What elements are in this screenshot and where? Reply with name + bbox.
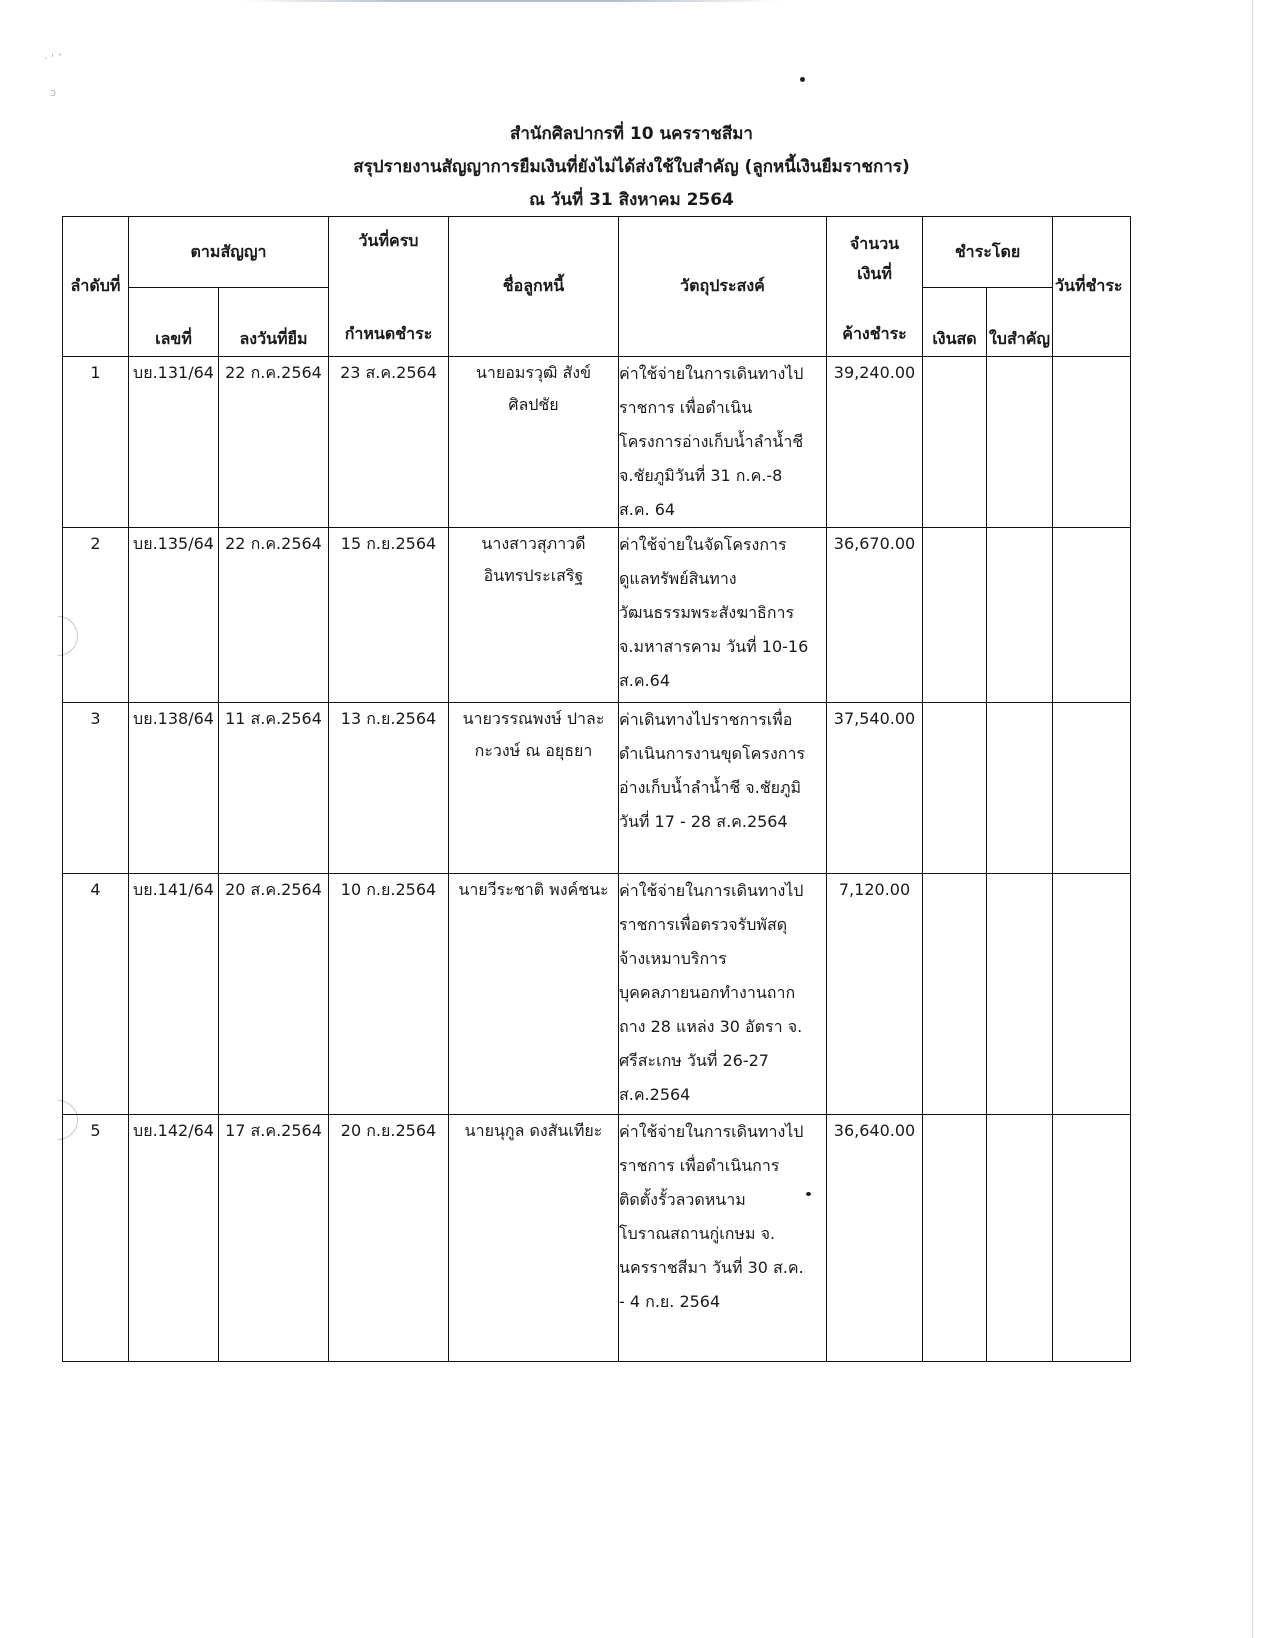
- cell-paid-cash: [923, 703, 987, 874]
- cell-debtor: นายอมรวุฒิ สังข์ศิลปชัย: [449, 357, 619, 528]
- header-paid-date-label: วันที่ชำระ: [1055, 276, 1123, 295]
- header-due-date-bottom: กำหนดชำระ: [329, 322, 448, 347]
- cell-borrow-date-value: 11 ส.ค.2564: [225, 709, 322, 728]
- cell-purpose-line: ศรีสะเกษ วันที่ 26-27: [619, 1044, 826, 1078]
- cell-due-date: 20 ก.ย.2564: [329, 1115, 449, 1362]
- cell-amount: 39,240.00: [827, 357, 923, 528]
- cell-due-date-value: 20 ก.ย.2564: [341, 1121, 436, 1140]
- cell-contract-no: บย.131/64: [129, 357, 219, 528]
- cell-seq-value: 2: [90, 534, 100, 553]
- cell-contract-no: บย.142/64: [129, 1115, 219, 1362]
- header-purpose: วัตถุประสงค์: [619, 217, 827, 357]
- cell-debtor-line: นายอมรวุฒิ สังข์: [449, 357, 618, 389]
- header-paid-date: วันที่ชำระ: [1053, 217, 1131, 357]
- cell-purpose-line: จ.มหาสารคาม วันที่ 10-16: [619, 630, 826, 664]
- cell-debtor: นายวรรณพงษ์ ปาละกะวงษ์ ณ อยุธยา: [449, 703, 619, 874]
- cell-due-date-value: 10 ก.ย.2564: [341, 880, 436, 899]
- header-contract-group: ตามสัญญา: [129, 217, 329, 288]
- cell-purpose-line: นครราชสีมา วันที่ 30 ส.ค.: [619, 1251, 826, 1285]
- cell-purpose-line: ถาง 28 แหล่ง 30 อัตรา จ.: [619, 1010, 826, 1044]
- cell-purpose-line: ค่าใช้จ่ายในการเดินทางไป: [619, 1115, 826, 1149]
- cell-seq-value: 4: [90, 880, 100, 899]
- cell-borrow-date: 17 ส.ค.2564: [219, 1115, 329, 1362]
- header-contract-no-label: เลขที่: [155, 329, 192, 348]
- cell-purpose-line: จ.ชัยภูมิวันที่ 31 ก.ค.-8: [619, 459, 826, 493]
- header-purpose-label: วัตถุประสงค์: [680, 276, 765, 295]
- document-title: สำนักศิลปากรที่ 10 นครราชสีมา สรุปรายงาน…: [0, 118, 1263, 217]
- scan-speck: [800, 77, 805, 82]
- header-paid-cash-label: เงินสด: [932, 329, 976, 348]
- cell-paid-receipt: [987, 528, 1053, 703]
- cell-purpose-line: - 4 ก.ย. 2564: [619, 1285, 826, 1319]
- cell-seq-value: 1: [90, 363, 100, 382]
- cell-contract-no-value: บย.138/64: [133, 709, 214, 728]
- header-amount-top-2: เงินที่: [857, 264, 892, 283]
- title-agency: สำนักศิลปากรที่ 10 นครราชสีมา: [0, 118, 1263, 151]
- header-borrow-date: ลงวันที่ยืม: [219, 288, 329, 357]
- header-paid-by-group: ชำระโดย: [923, 217, 1053, 288]
- cell-amount: 37,540.00: [827, 703, 923, 874]
- header-contract-no: เลขที่: [129, 288, 219, 357]
- table-row: 5บย.142/6417 ส.ค.256420 ก.ย.2564นายนุกูล…: [63, 1115, 1131, 1362]
- cell-contract-no: บย.141/64: [129, 874, 219, 1115]
- header-seq-label: ลำดับที่: [71, 276, 121, 295]
- cell-purpose-line: ราชการ เพื่อดำเนินการ: [619, 1149, 826, 1183]
- cell-contract-no-value: บย.142/64: [133, 1121, 214, 1140]
- cell-seq: 5: [63, 1115, 129, 1362]
- cell-debtor: นายวีระชาติ พงค์ชนะ: [449, 874, 619, 1115]
- cell-paid-cash: [923, 874, 987, 1115]
- cell-due-date-value: 15 ก.ย.2564: [341, 534, 436, 553]
- cell-purpose-line: ส.ค.64: [619, 664, 826, 698]
- cell-amount-value: 7,120.00: [839, 880, 910, 899]
- cell-debtor-line: นายวรรณพงษ์ ปาละ: [449, 703, 618, 735]
- cell-due-date: 13 ก.ย.2564: [329, 703, 449, 874]
- cell-borrow-date-value: 22 ก.ค.2564: [225, 363, 322, 382]
- cell-purpose-line: ค่าใช้จ่ายในจัดโครงการ: [619, 528, 826, 562]
- header-contract-group-label: ตามสัญญา: [191, 242, 267, 261]
- cell-seq: 4: [63, 874, 129, 1115]
- cell-borrow-date-value: 17 ส.ค.2564: [225, 1121, 322, 1140]
- cell-contract-no: บย.138/64: [129, 703, 219, 874]
- cell-paid-date: [1053, 357, 1131, 528]
- cell-paid-date: [1053, 1115, 1131, 1362]
- cell-due-date: 10 ก.ย.2564: [329, 874, 449, 1115]
- cell-seq-value: 3: [90, 709, 100, 728]
- cell-debtor: นายนุกูล ดงสันเทียะ: [449, 1115, 619, 1362]
- cell-due-date-value: 23 ส.ค.2564: [340, 363, 437, 382]
- cell-borrow-date: 22 ก.ค.2564: [219, 357, 329, 528]
- cell-seq: 2: [63, 528, 129, 703]
- cell-amount: 7,120.00: [827, 874, 923, 1115]
- cell-purpose-line: ค่าเดินทางไปราชการเพื่อ: [619, 703, 826, 737]
- cell-contract-no-value: บย.131/64: [133, 363, 214, 382]
- cell-due-date: 15 ก.ย.2564: [329, 528, 449, 703]
- scan-smudge: · ' ˆ: [44, 52, 63, 65]
- cell-paid-cash: [923, 1115, 987, 1362]
- header-paid-receipt: ใบสำคัญ: [987, 288, 1053, 357]
- cell-debtor-line: นางสาวสุภาวดี: [449, 528, 618, 560]
- cell-purpose: ค่าใช้จ่ายในจัดโครงการดูแลทรัพย์สินทางวั…: [619, 528, 827, 703]
- cell-debtor-line: กะวงษ์ ณ อยุธยา: [449, 735, 618, 767]
- cell-purpose: ค่าใช้จ่ายในการเดินทางไปราชการ เพื่อดำเน…: [619, 357, 827, 528]
- cell-seq: 1: [63, 357, 129, 528]
- cell-purpose-line: ส.ค. 64: [619, 493, 826, 527]
- cell-borrow-date-value: 22 ก.ค.2564: [225, 534, 322, 553]
- cell-amount: 36,670.00: [827, 528, 923, 703]
- cell-paid-receipt: [987, 1115, 1053, 1362]
- cell-amount-value: 39,240.00: [834, 363, 915, 382]
- cell-purpose-line: โบราณสถานกู่เกษม จ.: [619, 1217, 826, 1251]
- cell-purpose: ค่าใช้จ่ายในการเดินทางไปราชการ เพื่อดำเน…: [619, 1115, 827, 1362]
- header-borrow-date-label: ลงวันที่ยืม: [239, 329, 307, 348]
- cell-due-date-value: 13 ก.ย.2564: [341, 709, 436, 728]
- cell-purpose-line: ติดตั้งรั้วลวดหนาม: [619, 1183, 826, 1217]
- cell-purpose: ค่าใช้จ่ายในการเดินทางไปราชการเพื่อตรวจร…: [619, 874, 827, 1115]
- header-debtor-label: ชื่อลูกหนี้: [503, 276, 564, 295]
- table-row: 3บย.138/6411 ส.ค.256413 ก.ย.2564นายวรรณพ…: [63, 703, 1131, 874]
- cell-paid-receipt: [987, 703, 1053, 874]
- cell-due-date: 23 ส.ค.2564: [329, 357, 449, 528]
- cell-purpose-line: ค่าใช้จ่ายในการเดินทางไป: [619, 874, 826, 908]
- cell-purpose-line: ส.ค.2564: [619, 1078, 826, 1112]
- scan-edge-right: [1252, 0, 1253, 1638]
- header-paid-cash: เงินสด: [923, 288, 987, 357]
- table-row: 4บย.141/6420 ส.ค.256410 ก.ย.2564นายวีระช…: [63, 874, 1131, 1115]
- cell-debtor-line: อินทรประเสริฐ: [449, 560, 618, 592]
- cell-contract-no-value: บย.141/64: [133, 880, 214, 899]
- title-report: สรุปรายงานสัญญาการยืมเงินที่ยังไม่ได้ส่ง…: [0, 151, 1263, 184]
- cell-purpose-line: วัฒนธรรมพระสังฆาธิการ: [619, 596, 826, 630]
- scan-smudge: ɔ: [50, 86, 56, 99]
- table-row: 1บย.131/6422 ก.ค.256423 ส.ค.2564นายอมรวุ…: [63, 357, 1131, 528]
- header-seq: ลำดับที่: [63, 217, 129, 357]
- cell-paid-receipt: [987, 357, 1053, 528]
- cell-amount: 36,640.00: [827, 1115, 923, 1362]
- cell-purpose-line: อ่างเก็บน้ำลำน้ำชี จ.ชัยภูมิ: [619, 771, 826, 805]
- cell-purpose-line: วันที่ 17 - 28 ส.ค.2564: [619, 805, 826, 839]
- cell-amount-value: 36,670.00: [834, 534, 915, 553]
- cell-purpose-line: ค่าใช้จ่ายในการเดินทางไป: [619, 357, 826, 391]
- cell-paid-date: [1053, 874, 1131, 1115]
- cell-borrow-date: 22 ก.ค.2564: [219, 528, 329, 703]
- cell-borrow-date: 11 ส.ค.2564: [219, 703, 329, 874]
- cell-purpose-line: ราชการ เพื่อดำเนิน: [619, 391, 826, 425]
- cell-paid-cash: [923, 357, 987, 528]
- loan-report-table: ลำดับที่ ตามสัญญา วันที่ครบ กำหนดชำระ ชื…: [62, 216, 1131, 1362]
- cell-amount-value: 37,540.00: [834, 709, 915, 728]
- header-paid-receipt-label: ใบสำคัญ: [989, 329, 1050, 348]
- cell-seq: 3: [63, 703, 129, 874]
- cell-debtor-line: นายวีระชาติ พงค์ชนะ: [449, 874, 618, 906]
- cell-debtor-line: ศิลปชัย: [449, 389, 618, 421]
- cell-paid-receipt: [987, 874, 1053, 1115]
- title-date: ณ วันที่ 31 สิงหาคม 2564: [0, 184, 1263, 217]
- cell-purpose-line: ดูแลทรัพย์สินทาง: [619, 562, 826, 596]
- cell-purpose-line: จ้างเหมาบริการ: [619, 942, 826, 976]
- cell-paid-date: [1053, 703, 1131, 874]
- header-amount: จำนวน เงินที่ ค้างชำระ: [827, 217, 923, 357]
- cell-debtor-line: นายนุกูล ดงสันเทียะ: [449, 1115, 618, 1147]
- cell-paid-cash: [923, 528, 987, 703]
- cell-contract-no-value: บย.135/64: [133, 534, 214, 553]
- header-amount-top-1: จำนวน: [850, 234, 899, 253]
- header-debtor: ชื่อลูกหนี้: [449, 217, 619, 357]
- cell-paid-date: [1053, 528, 1131, 703]
- header-due-date-top: วันที่ครบ: [329, 229, 448, 254]
- cell-seq-value: 5: [90, 1121, 100, 1140]
- scan-edge-line: [240, 0, 780, 2]
- cell-borrow-date-value: 20 ส.ค.2564: [225, 880, 322, 899]
- header-paid-by-label: ชำระโดย: [955, 242, 1020, 261]
- header-amount-bottom: ค้างชำระ: [827, 322, 922, 347]
- table-row: 2บย.135/6422 ก.ค.256415 ก.ย.2564นางสาวสุ…: [63, 528, 1131, 703]
- header-due-date: วันที่ครบ กำหนดชำระ: [329, 217, 449, 357]
- cell-borrow-date: 20 ส.ค.2564: [219, 874, 329, 1115]
- cell-amount-value: 36,640.00: [834, 1121, 915, 1140]
- cell-purpose-line: ดำเนินการงานขุดโครงการ: [619, 737, 826, 771]
- cell-purpose-line: ราชการเพื่อตรวจรับพัสดุ: [619, 908, 826, 942]
- cell-purpose-line: บุคคลภายนอกทำงานถาก: [619, 976, 826, 1010]
- cell-contract-no: บย.135/64: [129, 528, 219, 703]
- cell-purpose: ค่าเดินทางไปราชการเพื่อดำเนินการงานขุดโค…: [619, 703, 827, 874]
- cell-purpose-line: โครงการอ่างเก็บน้ำลำน้ำชี: [619, 425, 826, 459]
- cell-debtor: นางสาวสุภาวดีอินทรประเสริฐ: [449, 528, 619, 703]
